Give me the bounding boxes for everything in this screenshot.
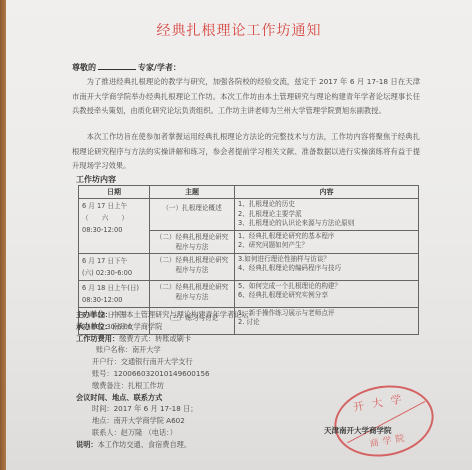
account-name: 账户名称：南开大学 bbox=[76, 344, 249, 356]
content-cell: 1、经典扎根理论研究的基本程序 2、研究问题如何产生？ bbox=[235, 230, 419, 253]
header-content: 内容 bbox=[235, 186, 419, 199]
header-topic: 主题 bbox=[150, 186, 235, 199]
date-cell: 6 月 17 日上午 （ 六 ） 08:30-12:00 bbox=[79, 199, 150, 254]
content-item: 1、新手操作练习展示与老师点评 bbox=[238, 309, 415, 319]
content-item: 1、扎根理论的历史 bbox=[238, 200, 415, 210]
host-value: 中国本土管理研究与理论构建青年学者论坛 bbox=[112, 310, 249, 319]
greeting: 尊敬的专家/学者： bbox=[72, 62, 181, 73]
topic-text: （二）经典扎根理论研究程序与方法 bbox=[153, 282, 231, 302]
greeting-suffix: 专家/学者： bbox=[138, 63, 181, 72]
fee-line: 工作坊费用：缴费方式：转账或刷卡 bbox=[76, 333, 249, 345]
organizer-label: 承办单位： bbox=[76, 322, 112, 331]
content-cell: 3.如何进行理论性抽样与访谈？ 4、经典扎根理论的编码程序与技巧 bbox=[235, 253, 419, 280]
topic-cell: （二）经典扎根理论研究程序与方法 bbox=[150, 230, 235, 253]
content-item: 3.如何进行理论性抽样与访谈？ bbox=[238, 255, 415, 265]
note-value: 本工作坊交通、食宿费自理。 bbox=[98, 440, 191, 449]
content-item: 5、如何完成一个扎根理论的构建？ bbox=[238, 282, 415, 292]
greeting-prefix: 尊敬的 bbox=[72, 63, 96, 72]
table-row: 6 月 17 日下午 (六) 02:30-6:00 （二）经典扎根理论研究程序与… bbox=[79, 253, 419, 280]
host-line: 主办单位：中国本土管理研究与理论构建青年学者论坛 bbox=[76, 309, 249, 321]
content-cell: 1、扎根理论的历史 2、扎根理论主要学派 3、扎根理论的认识论来源与方法论原则 bbox=[235, 199, 419, 231]
fee-note: 缴费备注：扎根工作坊 bbox=[76, 380, 249, 392]
topic-text: （一）扎根理论概述 bbox=[153, 200, 231, 213]
signature-text: 天津南开大学商学院 bbox=[324, 425, 392, 436]
official-seal: 开大学 商学院 bbox=[329, 378, 440, 464]
date-line: 6 月 17 日下午 bbox=[82, 255, 146, 267]
content-cell: 5、如何完成一个扎根理论的构建？ 6、经典扎根理论研究实例分享 bbox=[235, 280, 419, 307]
date-line: （ 六 ） bbox=[82, 212, 146, 224]
table-row: 6 月 17 日上午 （ 六 ） 08:30-12:00 （一）扎根理论概述 1… bbox=[79, 199, 419, 231]
content-item: 6、经典扎根理论研究实例分享 bbox=[238, 291, 415, 301]
table-header-row: 日期 主题 内容 bbox=[79, 186, 419, 199]
date-line: 08:30-12:00 bbox=[82, 294, 146, 306]
date-line: (六) 02:30-6:00 bbox=[82, 267, 146, 279]
document-title: 经典扎根理论工作坊通知 bbox=[6, 20, 472, 40]
section-heading-content: 工作坊内容 bbox=[76, 174, 116, 185]
paper-document: 经典扎根理论工作坊通知 尊敬的专家/学者： 为了推进经典扎根理论的教学与研究，加… bbox=[6, 0, 472, 470]
name-blank bbox=[98, 62, 136, 70]
topic-text: （二）经典扎根理论研究程序与方法 bbox=[153, 232, 231, 252]
topic-cell: （二）经典扎根理论研究程序与方法 bbox=[150, 253, 235, 280]
info-block: 主办单位：中国本土管理研究与理论构建青年学者论坛 承办单位：南开大学商学院 工作… bbox=[76, 309, 249, 451]
seal-top-text: 开大学 bbox=[352, 389, 411, 415]
meeting-place: 地点：南开大学商学院 A602 bbox=[76, 415, 249, 427]
meeting-time: 时间：2017 年 6 月 17-18 日； bbox=[76, 403, 249, 415]
content-item: 2. 讨论 bbox=[238, 318, 415, 328]
date-line: 08:30-12:00 bbox=[82, 224, 146, 236]
content-item: 1、经典扎根理论研究的基本程序 bbox=[238, 232, 415, 242]
organizer-line: 承办单位：南开大学商学院 bbox=[76, 321, 249, 333]
note-label: 说明： bbox=[76, 440, 98, 449]
meeting-label: 会议时间、地点、联系方式 bbox=[76, 392, 249, 404]
bank-name: 开户行：交通银行南开大学支行 bbox=[76, 356, 249, 368]
organizer-value: 南开大学商学院 bbox=[112, 322, 162, 331]
table-row: 6 月 18 日上午(日) 08:30-12:00 （二）经典扎根理论研究程序与… bbox=[79, 280, 419, 307]
contact-person: 联系人：赵万隆 （电话：） bbox=[76, 427, 249, 439]
date-line: 6 月 17 日上午 bbox=[82, 200, 146, 212]
intro-paragraph: 为了推进经典扎根理论的教学与研究，加强各院校的经验交流，兹定于 2017 年 6… bbox=[72, 75, 420, 119]
topic-cell: （二）经典扎根理论研究程序与方法 bbox=[150, 280, 235, 307]
content-cell: 1、新手操作练习展示与老师点评 2. 讨论 bbox=[235, 307, 419, 334]
date-cell: 6 月 17 日下午 (六) 02:30-6:00 bbox=[79, 253, 150, 280]
topic-text: （二）经典扎根理论研究程序与方法 bbox=[153, 255, 231, 275]
topic-cell: （一）扎根理论概述 bbox=[150, 199, 235, 231]
content-item: 3、扎根理论的认识论来源与方法论原则 bbox=[238, 219, 415, 229]
fee-label: 工作坊费用： bbox=[76, 334, 119, 343]
account-number: 账号：120066032010149600156 bbox=[76, 368, 249, 380]
header-date: 日期 bbox=[79, 186, 150, 199]
host-label: 主办单位： bbox=[76, 310, 112, 319]
fee-value: 缴费方式：转账或刷卡 bbox=[119, 334, 191, 343]
date-cell: 6 月 18 日上午(日) 08:30-12:00 bbox=[79, 280, 150, 307]
content-item: 2、研究问题如何产生？ bbox=[238, 241, 415, 251]
note-line: 说明：本工作坊交通、食宿费自理。 bbox=[76, 439, 249, 451]
date-line: 6 月 18 日上午(日) bbox=[82, 282, 146, 294]
content-item: 4、经典扎根理论的编码程序与技巧 bbox=[238, 264, 415, 274]
content-item: 2、扎根理论主要学派 bbox=[238, 210, 415, 220]
purpose-paragraph: 本次工作坊旨在使参加者掌握运用经典扎根理论方法论的完整技术与方法，工作坊内容将聚… bbox=[72, 130, 420, 174]
